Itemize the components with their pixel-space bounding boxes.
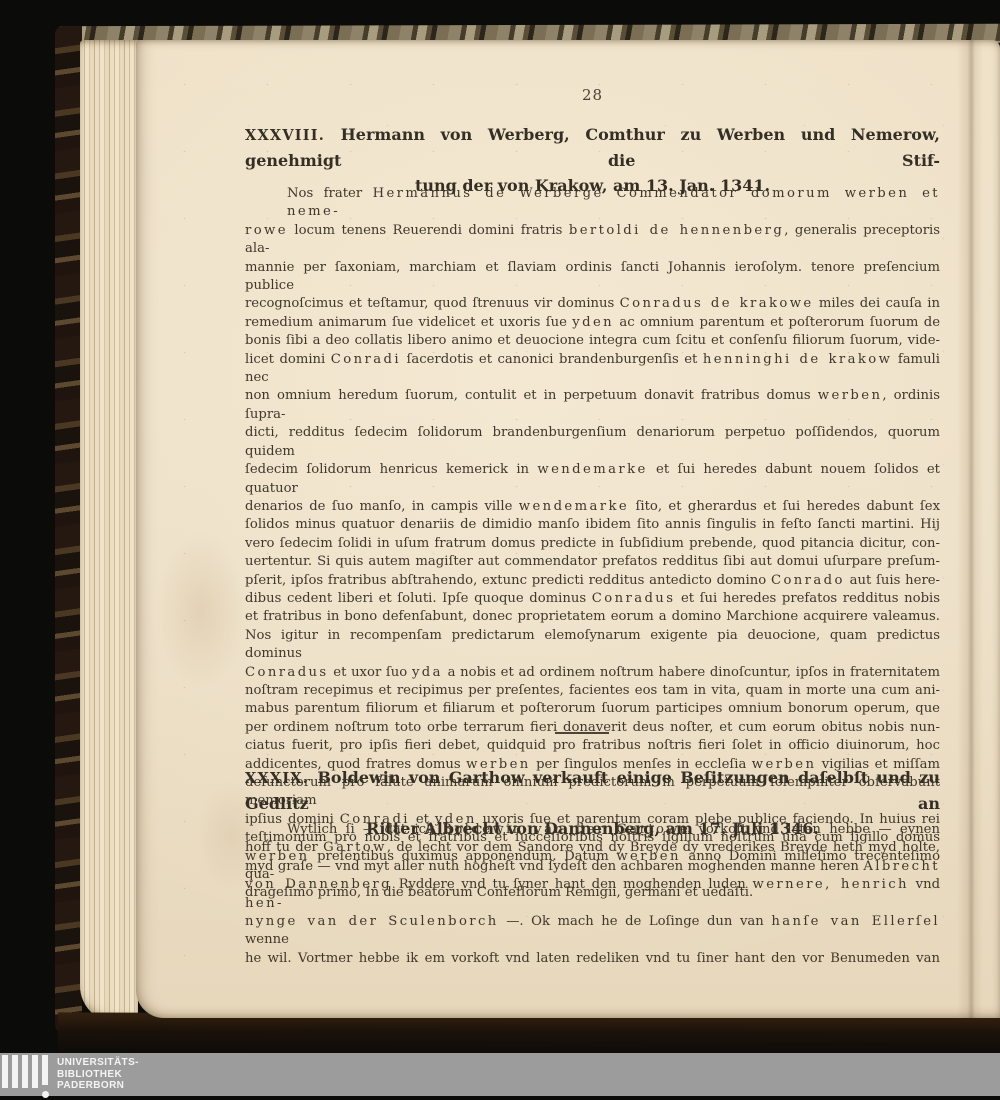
text-line: dibus cedent liberi et ſoluti. Ipſe quoq… (245, 590, 940, 608)
text-line: uertentur. Si quis autem magiſter aut co… (245, 553, 940, 571)
text-line: XXXVIII. Hermann von Werberg, Comthur zu… (245, 122, 940, 173)
text-line: Conradus et uxor ſuo yda a nobis et ad o… (245, 664, 940, 682)
text-line: mannie per ſaxoniam, marchiam et ſlaviam… (245, 259, 940, 296)
text-line: Wytlich ſi — dat ick Boldewin van der Ga… (245, 821, 940, 839)
logo-bar (2, 1055, 8, 1088)
text-line: licet domini Conradi ſacerdotis et canon… (245, 351, 940, 388)
text-line: mabus parentum filiorum et filiarum et p… (245, 700, 940, 718)
text-line: hoff tu der Gartow, de lecht vor dem San… (245, 839, 940, 857)
text-line: et fratribus in bono defenſabunt, donec … (245, 608, 940, 626)
library-name: UNIVERSITÄTS- BIBLIOTHEK PADERBORN (57, 1057, 139, 1092)
page-number: 28 (245, 86, 940, 104)
text-line: ciatus fuerit, pro ipſis fieri debet, qu… (245, 737, 940, 755)
text-line: rowe locum tenens Reuerendi domini fratr… (245, 222, 940, 259)
text-line: denarios de ſuo manſo, in campis ville w… (245, 498, 940, 516)
text-line: bonis ſibi a deo collatis libero animo e… (245, 332, 940, 350)
text-line: nynge van der Sculenborch —. Ok mach he … (245, 913, 940, 950)
logo-bar (12, 1055, 18, 1088)
book-page: 28 XXXVIII. Hermann von Werberg, Comthur… (136, 40, 1000, 1018)
text-line: myd graſe — vnd myt aller nuth hogheſt v… (245, 858, 940, 876)
library-watermark-bar: UNIVERSITÄTS- BIBLIOTHEK PADERBORN (0, 1053, 1000, 1096)
logo-exclamation-dot (42, 1091, 49, 1098)
library-name-line: PADERBORN (57, 1080, 139, 1092)
page-fold-shadow (957, 40, 983, 1018)
text-line: noſtram recepimus et recipimus per preſe… (245, 682, 940, 700)
text-line: recognoſcimus et teſtamur, quod ſtrenuus… (245, 295, 940, 313)
logo-bar (22, 1055, 28, 1088)
logo-bar (32, 1055, 38, 1088)
text-line: pſerit, ipſos fratribus abſtrahendo, ext… (245, 572, 940, 590)
section-divider-rule (555, 732, 609, 734)
text-line: he wil. Vortmer hebbe ik em vorkoft vnd … (245, 950, 940, 968)
text-line: per ordinem noſtrum toto orbe terrarum f… (245, 719, 940, 737)
logo-exclamation-bar (42, 1055, 48, 1085)
section-body-xxxix: Wytlich ſi — dat ick Boldewin van der Ga… (245, 821, 940, 968)
page-edge-stack (80, 40, 138, 1022)
paper-stain (156, 530, 246, 690)
text-line: von Dannenberg Ryddere vnd tu ſyner hant… (245, 876, 940, 913)
scanned-book-photo: 28 XXXVIII. Hermann von Werberg, Comthur… (0, 0, 1000, 1100)
text-line: dicti, redditus ſedecim ſolidorum brande… (245, 424, 940, 461)
text-line: XXXIX. Boldewin von Garthow verkauft ein… (245, 765, 940, 816)
book-bottom-cover-edge (58, 1012, 1000, 1057)
text-line: ſedecim ſolidorum henricus kemerick in w… (245, 461, 940, 498)
text-line: ſolidos minus quatuor denariis de dimidi… (245, 516, 940, 534)
text-line: vero ſedecim ſolidi in uſum fratrum domu… (245, 535, 940, 553)
text-line: Nos igitur in recompenſam predictarum el… (245, 627, 940, 664)
library-name-line: UNIVERSITÄTS- (57, 1057, 139, 1069)
text-line: non omnium heredum ſuorum, contulit et i… (245, 387, 940, 424)
text-line: remedium animarum ſue videlicet et uxori… (245, 314, 940, 332)
text-line: Nos frater Hermannus de Werberge Commend… (245, 185, 940, 222)
library-name-line: BIBLIOTHEK (57, 1069, 139, 1081)
library-logo-icon (2, 1055, 54, 1100)
book-cover-left-edge (55, 26, 82, 1034)
